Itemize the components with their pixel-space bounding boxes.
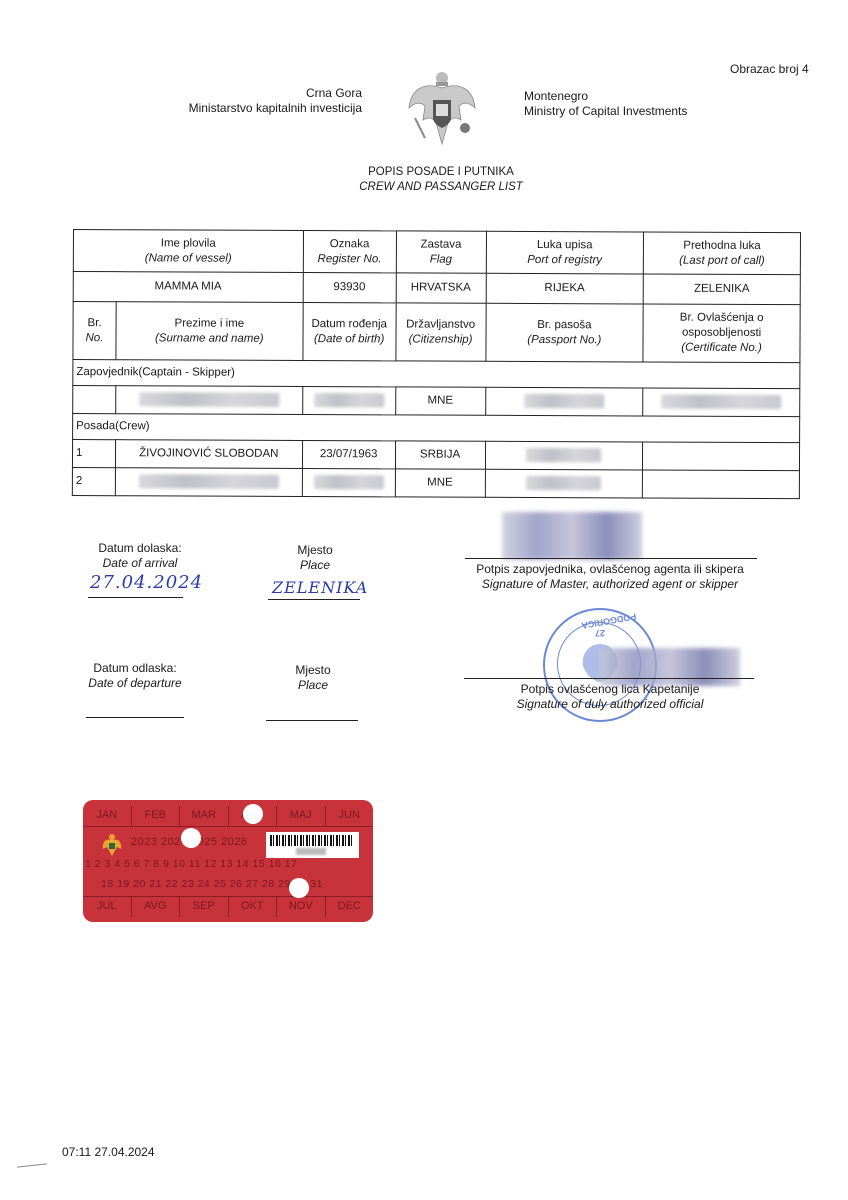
official-signature-line: [464, 678, 754, 679]
crew-row: 2 MNE: [72, 467, 799, 498]
crew-passport-redacted: [485, 469, 643, 498]
crew-no: 1: [72, 440, 115, 468]
crew-dob: 23/07/1963: [302, 441, 395, 469]
validity-sticker: JAN FEB MAR APR MAJ JUN 2023 2024 2025 2…: [83, 800, 373, 922]
departure-date-line: [86, 717, 184, 718]
punch-hole-month: [243, 804, 263, 824]
arrival-place-value: ZELENIKA: [272, 578, 368, 597]
crew-section-label: Posada(Crew): [73, 414, 800, 443]
citizenship-header: Državljanstvo(Citizenship): [396, 303, 486, 361]
header-left: Crna Gora Ministarstvo kapitalnih invest…: [150, 86, 362, 116]
title-sub: CREW AND PASSANGER LIST: [300, 180, 582, 195]
no-header: Br.No.: [73, 302, 116, 360]
name-header: Prezime i ime(Surname and name): [116, 302, 303, 361]
coat-of-arms-icon: [405, 68, 479, 150]
arrival-place-line: [268, 599, 360, 600]
stamp-number: 27: [595, 628, 605, 638]
captain-citizenship: MNE: [395, 387, 485, 415]
port-registry: RIJEKA: [486, 273, 644, 304]
sticker-barcode: [266, 832, 359, 858]
passport-header: Br. pasoša(Passport No.): [485, 303, 643, 362]
master-signature-label: Potpis zapovjednika, ovlašćenog agenta i…: [455, 562, 765, 592]
crew-citizenship: MNE: [395, 469, 485, 497]
sticker-days-row-1: 1 2 3 4 5 6 7 8 9 10 11 12 13 14 15 16 1…: [85, 858, 297, 870]
captain-passport-redacted: [485, 387, 643, 416]
header-right: Montenegro Ministry of Capital Investmen…: [524, 89, 687, 119]
vessel-header-row: Ime plovila(Name of vessel) OznakaRegist…: [73, 230, 800, 275]
captain-dob-redacted: [302, 387, 395, 415]
header-ministry-en: Ministry of Capital Investments: [524, 104, 687, 119]
official-signature-label: Potpis ovlašćenog lica Kapetanije Signat…: [470, 682, 750, 712]
departure-place-line: [266, 720, 358, 721]
vessel-name-header: Ime plovila(Name of vessel): [73, 230, 303, 273]
form-number: Obrazac broj 4: [730, 62, 809, 76]
sticker-months-top: JAN FEB MAR APR MAJ JUN: [83, 806, 373, 827]
captain-section-label: Zapovjednik(Captain - Skipper): [73, 360, 800, 389]
punch-hole-day: [289, 878, 309, 898]
departure-date-label: Datum odlaska: Date of departure: [80, 661, 190, 691]
header-country: Crna Gora: [150, 86, 362, 101]
official-signature-redacted: [600, 648, 740, 686]
dob-header: Datum rođenja(Date of birth): [303, 303, 396, 361]
captain-section-row: Zapovjednik(Captain - Skipper): [73, 360, 800, 389]
vessel-values-row: MAMMA MIA 93930 HRVATSKA RIJEKA ZELENIKA: [73, 272, 800, 305]
crew-header-row: Br.No. Prezime i ime(Surname and name) D…: [73, 302, 800, 363]
register-no-header: OznakaRegister No.: [303, 231, 396, 273]
sticker-months-bottom: JUL AVG SEP OKT NOV DEC: [83, 896, 373, 917]
scan-mark: [17, 1163, 47, 1167]
arrival-date-label: Datum dolaska: Date of arrival: [80, 541, 200, 571]
flag: HRVATSKA: [396, 273, 486, 303]
register-no: 93930: [303, 273, 396, 303]
header-country-en: Montenegro: [524, 89, 687, 104]
master-signature-redacted: [502, 512, 642, 560]
crew-passenger-table: Ime plovila(Name of vessel) OznakaRegist…: [72, 229, 801, 499]
arrival-place-label: Mjesto Place: [270, 543, 360, 573]
crew-passport-redacted: [485, 441, 643, 470]
crew-certificate: [643, 442, 800, 471]
arrival-date-value: 27.04.2024: [90, 572, 203, 593]
crew-dob-redacted: [302, 469, 395, 497]
captain-row: MNE: [73, 386, 800, 417]
master-signature-line: [465, 558, 757, 559]
last-port: ZELENIKA: [643, 274, 800, 305]
departure-place-label: Mjesto Place: [268, 663, 358, 693]
crew-no: 2: [72, 467, 115, 495]
last-port-header: Prethodna luka(Last port of call): [643, 232, 800, 275]
title-main: POPIS POSADE I PUTNIKA: [300, 165, 582, 180]
arrival-date-line: [88, 597, 183, 598]
captain-name-redacted: [116, 386, 303, 415]
port-registry-header: Luka upisaPort of registry: [486, 231, 644, 274]
scan-timestamp: 07:11 27.04.2024: [62, 1145, 155, 1159]
crew-section-row: Posada(Crew): [73, 414, 800, 443]
crew-citizenship: SRBIJA: [395, 441, 485, 469]
crew-name-redacted: [115, 468, 302, 497]
vessel-name: MAMMA MIA: [73, 272, 303, 303]
flag-header: ZastavaFlag: [396, 231, 486, 273]
certificate-header: Br. Ovlašćenja o osposobljenosti(Certifi…: [643, 304, 800, 363]
crew-row: 1 ŽIVOJINOVIĆ SLOBODAN 23/07/1963 SRBIJA: [72, 440, 799, 471]
punch-hole-year: [181, 828, 201, 848]
crew-name: ŽIVOJINOVIĆ SLOBODAN: [115, 440, 302, 469]
captain-certificate-redacted: [643, 388, 800, 417]
captain-no: [73, 386, 116, 414]
header-ministry: Ministarstvo kapitalnih investicija: [150, 101, 362, 116]
sticker-coat-of-arms-icon: [101, 833, 123, 857]
document-title: POPIS POSADE I PUTNIKA CREW AND PASSANGE…: [300, 165, 582, 195]
crew-certificate: [642, 470, 799, 499]
